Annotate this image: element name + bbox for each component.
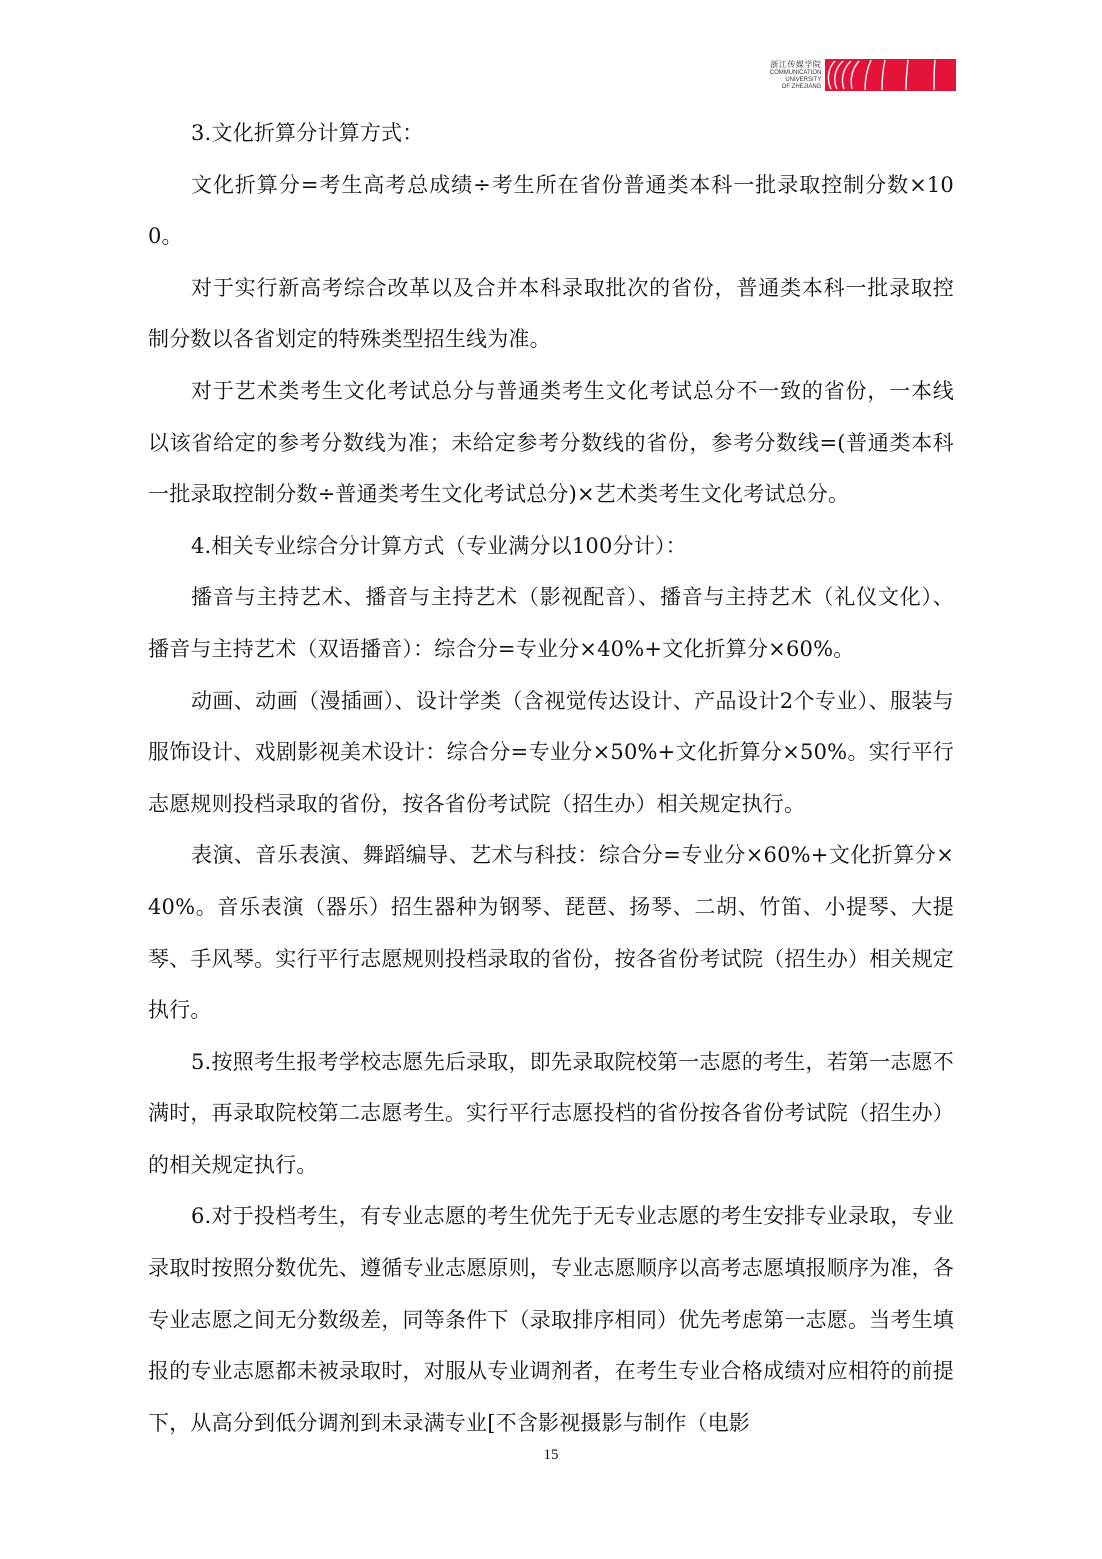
paragraph-composite-score-heading: 4.相关专业综合分计算方式（专业满分以100分计）：	[148, 521, 954, 573]
logo-name-en-line-3: OF ZHEJIANG	[782, 84, 822, 91]
university-logo: 浙江传媒学院 COMMUNICATION UNIVERSITY OF ZHEJI…	[756, 56, 956, 94]
logo-emblem-icon	[825, 59, 956, 91]
paragraph-broadcasting-formula: 播音与主持艺术、播音与主持艺术（影视配音）、播音与主持艺术（礼仪文化）、播音与主…	[148, 572, 954, 675]
paragraph-performance-formula: 表演、音乐表演、舞蹈编导、艺术与科技：综合分=专业分×60%+文化折算分×40%…	[148, 830, 954, 1036]
page-number: 15	[0, 1447, 1102, 1464]
paragraph-culture-score-heading: 3.文化折算分计算方式：	[148, 108, 954, 160]
logo-wordmark: 浙江传媒学院 COMMUNICATION UNIVERSITY OF ZHEJI…	[756, 60, 821, 91]
logo-name-en-line-1: COMMUNICATION	[770, 70, 822, 77]
paragraph-art-total-score-rule: 对于艺术类考生文化考试总分与普通类考生文化考试总分不一致的省份，一本线以该省给定…	[148, 366, 954, 521]
logo-name-cn: 浙江传媒学院	[770, 60, 821, 70]
paragraph-design-formula: 动画、动画（漫插画）、设计学类（含视觉传达设计、产品设计2个专业）、服装与服饰设…	[148, 676, 954, 831]
paragraph-culture-score-formula: 文化折算分=考生高考总成绩÷考生所在省份普通类本科一批录取控制分数×100。	[148, 160, 954, 263]
paragraph-major-assignment: 6.对于投档考生，有专业志愿的考生优先于无专业志愿的考生安排专业录取，专业录取时…	[148, 1191, 954, 1449]
paragraph-new-gaokao-provinces: 对于实行新高考综合改革以及合并本科录取批次的省份，普通类本科一批录取控制分数以各…	[148, 263, 954, 366]
logo-name-en-line-2: UNIVERSITY	[785, 77, 821, 84]
document-body: 3.文化折算分计算方式： 文化折算分=考生高考总成绩÷考生所在省份普通类本科一批…	[148, 108, 954, 1449]
paragraph-admission-order: 5.按照考生报考学校志愿先后录取，即先录取院校第一志愿的考生，若第一志愿不满时，…	[148, 1037, 954, 1192]
